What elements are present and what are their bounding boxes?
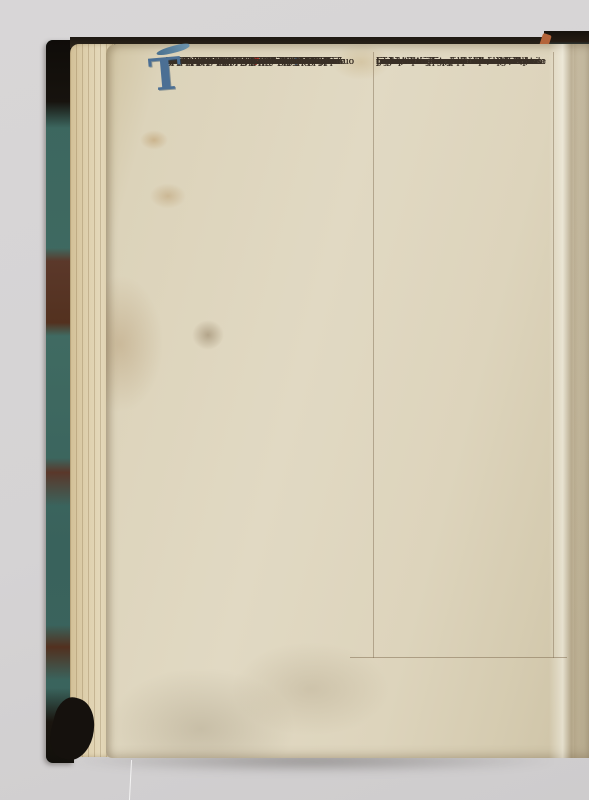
gutter-shading: [574, 44, 589, 758]
column-ruling-vertical-right: [553, 52, 554, 658]
illuminated-initial: T: [147, 48, 191, 103]
ruling-bottom-line: [350, 657, 567, 658]
text-line: finisq; fluuij cum suo sinu :: [376, 56, 497, 69]
photograph-backdrop: aurus natura treus. gustu acidus. augmen…: [0, 0, 589, 800]
column-ruling-vertical-left: [373, 52, 374, 658]
text-line: lurrū per crura trahēs manu sinistra.: [166, 56, 331, 69]
parchment-page: [106, 44, 589, 758]
